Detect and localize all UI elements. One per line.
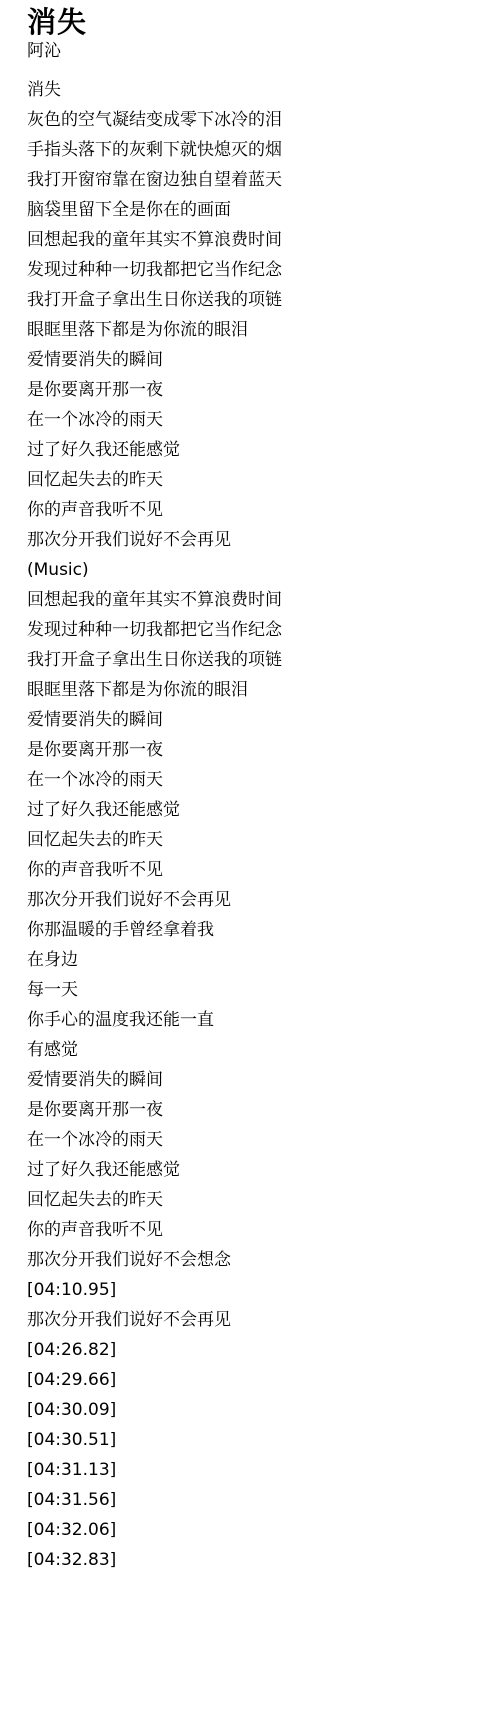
lyric-line: 你那温暖的手曾经拿着我 <box>27 915 490 945</box>
lyric-line: [04:31.13] <box>27 1455 490 1485</box>
lyric-line: 那次分开我们说好不会再见 <box>27 1305 490 1335</box>
lyric-line: 回想起我的童年其实不算浪费时间 <box>27 585 490 615</box>
lyric-line: 脑袋里留下全是你在的画面 <box>27 195 490 225</box>
lyric-line: 爱情要消失的瞬间 <box>27 705 490 735</box>
lyric-line: 发现过种种一切我都把它当作纪念 <box>27 615 490 645</box>
lyric-line: 回忆起失去的昨天 <box>27 1185 490 1215</box>
lyric-line: 在身边 <box>27 945 490 975</box>
lyric-line: [04:26.82] <box>27 1335 490 1365</box>
lyric-line: 我打开窗帘靠在窗边独自望着蓝天 <box>27 165 490 195</box>
lyrics-page: 消失 阿沁 消失 灰色的空气凝结变成零下冰冷的泪 手指头落下的灰剩下就快熄灭的烟… <box>0 0 500 1720</box>
lyric-line: 过了好久我还能感觉 <box>27 435 490 465</box>
lyric-line: [04:32.06] <box>27 1515 490 1545</box>
lyric-line: [04:10.95] <box>27 1275 490 1305</box>
lyric-line: 我打开盒子拿出生日你送我的项链 <box>27 645 490 675</box>
lyric-line: 你的声音我听不见 <box>27 855 490 885</box>
lyric-line: 在一个冰冷的雨天 <box>27 405 490 435</box>
lyric-line: 每一天 <box>27 975 490 1005</box>
lyric-line: 那次分开我们说好不会再见 <box>27 525 490 555</box>
lyric-line: 回忆起失去的昨天 <box>27 465 490 495</box>
lyric-line: 你的声音我听不见 <box>27 1215 490 1245</box>
lyric-line: 回忆起失去的昨天 <box>27 825 490 855</box>
lyric-line: 是你要离开那一夜 <box>27 735 490 765</box>
song-title: 消失 <box>27 4 490 40</box>
lyric-line: 回想起我的童年其实不算浪费时间 <box>27 225 490 255</box>
lyric-line: 消失 <box>27 75 490 105</box>
lyric-line: 有感觉 <box>27 1035 490 1065</box>
lyric-line: 眼眶里落下都是为你流的眼泪 <box>27 675 490 705</box>
lyric-line: 是你要离开那一夜 <box>27 375 490 405</box>
lyric-line: [04:32.83] <box>27 1545 490 1575</box>
lyric-line: 是你要离开那一夜 <box>27 1095 490 1125</box>
lyric-line: 你手心的温度我还能一直 <box>27 1005 490 1035</box>
lyric-line: 我打开盒子拿出生日你送我的项链 <box>27 285 490 315</box>
lyric-line: 在一个冰冷的雨天 <box>27 1125 490 1155</box>
lyric-line: 爱情要消失的瞬间 <box>27 1065 490 1095</box>
lyrics-body: 消失 灰色的空气凝结变成零下冰冷的泪 手指头落下的灰剩下就快熄灭的烟 我打开窗帘… <box>27 75 490 1575</box>
lyric-line: 那次分开我们说好不会再见 <box>27 885 490 915</box>
lyric-line: [04:31.56] <box>27 1485 490 1515</box>
lyric-line: 灰色的空气凝结变成零下冰冷的泪 <box>27 105 490 135</box>
lyric-line: 在一个冰冷的雨天 <box>27 765 490 795</box>
lyric-line: 手指头落下的灰剩下就快熄灭的烟 <box>27 135 490 165</box>
lyric-line: [04:30.51] <box>27 1425 490 1455</box>
lyric-line: 过了好久我还能感觉 <box>27 1155 490 1185</box>
lyric-line: (Music) <box>27 555 490 585</box>
lyric-line: 眼眶里落下都是为你流的眼泪 <box>27 315 490 345</box>
lyric-line: 发现过种种一切我都把它当作纪念 <box>27 255 490 285</box>
lyric-line: 爱情要消失的瞬间 <box>27 345 490 375</box>
artist-name: 阿沁 <box>27 40 490 62</box>
lyric-line: [04:29.66] <box>27 1365 490 1395</box>
lyric-line: 那次分开我们说好不会想念 <box>27 1245 490 1275</box>
lyric-line: 你的声音我听不见 <box>27 495 490 525</box>
lyric-line: [04:30.09] <box>27 1395 490 1425</box>
lyric-line: 过了好久我还能感觉 <box>27 795 490 825</box>
